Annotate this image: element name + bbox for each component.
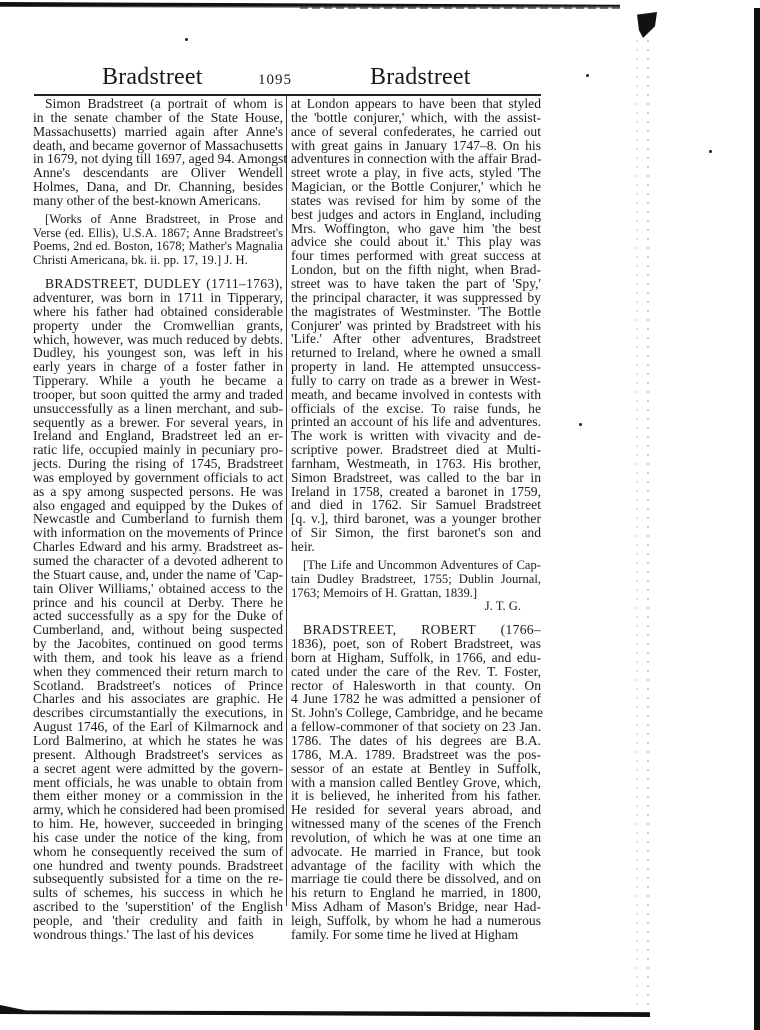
text-line: Poems, 2nd ed. Boston, 1678; Mather's Ma… [33,240,283,254]
text-line: the Stuart cause, and, under the name of… [33,568,283,582]
text-line: London, but on the fifth night, when Bra… [291,263,541,277]
text-line: people, and 'their credulity and faith i… [33,914,283,928]
text-line: street was to have taken the part of 'Sp… [291,277,541,291]
running-header: Bradstreet 1095 Bradstreet [34,64,541,94]
text-line: tain Dudley Bradstreet, 1755; Dublin Jou… [291,573,541,587]
biography-entry: BRADSTREET, ROBERT (1766–1836), poet, so… [291,623,541,941]
text-line: subsequently subsisted for a time on the… [33,872,283,886]
text-line: jects. During the rising of 1745, Bradst… [33,457,283,471]
text-line: which, however, was much reduced by debt… [33,333,283,347]
paragraph: at London appears to have been that styl… [291,97,541,554]
text-line: best judges and actors in England, inclu… [291,208,541,222]
text-line: Magician, or the Bottle Conjurer,' which… [291,180,541,194]
text-line: officials of the excise. To raise funds,… [291,402,541,416]
text-line: where his father had obtained considerab… [33,305,283,319]
text-line: Mrs. Woffington, who gave him 'the best [291,222,541,236]
text-line: ratic life, occupied mainly in pecuniary… [33,443,283,457]
text-line: as a spy among suspected persons. He was [33,485,283,499]
text-line: Miss Adham of Mason's Bridge, near Had- [291,900,541,914]
text-line: tain Oliver Williams,' obtained access t… [33,582,283,596]
text-line: the principal character, it was suppress… [291,291,541,305]
text-line: St. John's College, Cambridge, and he be… [291,706,541,720]
text-line: returned to Ireland, where he owned a sm… [291,346,541,360]
text-line: Christi Americana, bk. ii. pp. 17, 19.] … [33,254,283,268]
text-line: Cumberland, and, without being suspected [33,623,283,637]
text-line: and died in 1762. Sir Samuel Bradstreet [291,498,541,512]
text-line: present. Although Bradstreet's services … [33,748,283,762]
text-line: army, which he considered had been promi… [33,803,283,817]
entry-headword-line: BRADSTREET, ROBERT (1766– [291,623,541,637]
text-line: [q. v.], third baronet, was a younger br… [291,512,541,526]
text-line: wondrous things.' The last of his device… [33,928,283,942]
text-line: describes circumstantially the execution… [33,706,283,720]
text-line: in 1679, not dying till 1697, aged 94. A… [33,152,283,166]
text-line: [Works of Anne Bradstreet, in Prose and [33,213,283,227]
text-line: Conjurer' was printed by Bradstreet with… [291,319,541,333]
text-line: Charles Edward and his army. Bradstreet … [33,540,283,554]
text-line: also engaged and equipped by the Dukes o… [33,499,283,513]
paragraph: Simon Bradstreet (a portrait of whom isi… [33,97,283,208]
scan-gutter-noise [647,40,649,1020]
text-line: Scotland. Bradstreet's notices of Prince [33,679,283,693]
scan-edge-bottom [0,1005,650,1017]
text-line: The work is written with vivacity and de… [291,429,541,443]
source-citation: [Works of Anne Bradstreet, in Prose andV… [33,213,283,268]
text-line: it is believed, he inherited from his fa… [291,789,541,803]
text-line: property in land. He attempted unsuccess… [291,360,541,374]
text-line: of Sir Simon, the first baronet's son an… [291,526,541,540]
text-line: at London appears to have been that styl… [291,97,541,111]
text-line: Tipperary. While a youth he became a [33,374,283,388]
text-line: in the senate chamber of the State House… [33,111,283,125]
text-line: with great gains in January 1747–8. On h… [291,139,541,153]
text-line: a fellow-commoner of that society on 23 … [291,720,541,734]
text-line: street wrote a play, in five acts, style… [291,166,541,180]
left-column: Simon Bradstreet (a portrait of whom isi… [33,97,283,942]
page-number: 1095 [258,72,292,89]
text-line: Ireland in 1758, created a baronet in 17… [291,485,541,499]
text-line: August 1746, of the Earl of Kilmarnock a… [33,720,283,734]
text-line: advantage of the facility with which the [291,859,541,873]
text-line: He resided for several years abroad, and [291,803,541,817]
text-line: fully to carry on trade as a brewer in W… [291,374,541,388]
text-line: Massachusetts) married again after Anne'… [33,125,283,139]
scan-edge-right [754,8,760,1030]
text-line: sults of schemes, his success in which h… [33,886,283,900]
text-line: ascribed to the 'superstition' of the En… [33,900,283,914]
text-line: cated under the care of the Rev. T. Fost… [291,665,541,679]
text-line: 1786, M.A. 1789. Bradstreet was the pos- [291,748,541,762]
text-line: death, and became governor of Massachuse… [33,139,283,153]
entry-headword-line: BRADSTREET, DUDLEY (1711–1763), [33,277,283,291]
text-line: 1786. The dates of his degrees are B.A. [291,734,541,748]
text-line: Dudley, his youngest son, was left in hi… [33,346,283,360]
text-line: trooper, but soon quitted the army and t… [33,388,283,402]
text-line: with information on the movements of Pri… [33,526,283,540]
text-line: his return to England he married, in 180… [291,886,541,900]
text-line: property under the Cromwellian grants, [33,319,283,333]
running-header-left-headword: Bradstreet [102,64,203,91]
text-line: by the Jacobites, continued on good term… [33,637,283,651]
text-line: born at Higham, Suffolk, in 1766, and ed… [291,651,541,665]
text-line: a secret agent were admitted by the gove… [33,762,283,776]
text-line: them either money or a commission in the [33,789,283,803]
text-line: whom he consequently received the sum of [33,845,283,859]
text-line: sumed the character of a devoted adheren… [33,554,283,568]
text-line: advice she could about it.' This play wa… [291,235,541,249]
text-line: 1836), poet, son of Robert Bradstreet, w… [291,637,541,651]
text-line: many other of the best-known Americans. [33,194,283,208]
text-line: marriage tie could there be dissolved, a… [291,872,541,886]
scan-speck [586,74,589,77]
text-line: farnham, Westmeath, in 1763. His brother… [291,457,541,471]
text-line: revolution, of which he was at one time … [291,831,541,845]
text-line: scriptive power. Bradstreet died at Mult… [291,443,541,457]
text-line: adventurer, was born in 1711 in Tipperar… [33,291,283,305]
scan-speck [185,38,188,41]
text-line: Ireland and England, Bradstreet led an e… [33,429,283,443]
right-column: at London appears to have been that styl… [291,97,541,942]
text-line: Simon Bradstreet, was called to the bar … [291,471,541,485]
text-line: leigh, Suffolk, by whom he had a numerou… [291,914,541,928]
text-line: Charles and his associates are graphic. … [33,692,283,706]
text-line: was employed by government officials to … [33,471,283,485]
text-line: to him. He, however, succeeded in bringi… [33,817,283,831]
text-line: family. For some time he lived at Higham [291,928,541,942]
text-line: [The Life and Uncommon Adventures of Cap… [291,559,541,573]
biography-entry: BRADSTREET, DUDLEY (1711–1763),adventure… [33,277,283,942]
text-line: with a mansion called Bentley Grove, whi… [291,776,541,790]
text-line: acted successfully as a spy for the Duke… [33,609,283,623]
text-line: Anne's descendants are Oliver Wendell [33,166,283,180]
text-line: Lord Balmerino, at which he states he wa… [33,734,283,748]
text-line: states was revised for him by some of th… [291,194,541,208]
column-divider [286,96,287,906]
text-line: early years in charge of a foster father… [33,360,283,374]
text-line: prince and his council at Derby. There h… [33,596,283,610]
text-line: Verse (ed. Ellis), U.S.A. 1867; Anne Bra… [33,227,283,241]
text-line: with them, and took his leave as a frien… [33,651,283,665]
text-line: his case under the notice of the king, f… [33,831,283,845]
text-line: sessor of an estate at Bentley in Suffol… [291,762,541,776]
text-line: sequently as a brewer. For several years… [33,416,283,430]
text-line: 4 June 1782 he was admitted a pensioner … [291,692,541,706]
text-line: four times performed with great success … [291,249,541,263]
text-line: 1763; Memoirs of H. Grattan, 1839.] [291,587,541,601]
source-citation: [The Life and Uncommon Adventures of Cap… [291,559,541,614]
text-line: one hundred and twenty pounds. Bradstree… [33,859,283,873]
text-line: Simon Bradstreet (a portrait of whom is [33,97,283,111]
text-line: meath, and became involved in contests w… [291,388,541,402]
text-line: the 'bottle conjurer,' which, with the a… [291,111,541,125]
text-line: ance of several confederates, he carried… [291,125,541,139]
scan-gutter-noise [636,40,638,1020]
text-line: witnessed many of the scenes of the Fren… [291,817,541,831]
text-line: heir. [291,540,541,554]
text-line: Holmes, Dana, and Dr. Channing, besides [33,180,283,194]
text-line: ment officials, he was unable to obtain … [33,776,283,790]
scan-speck [709,150,712,153]
text-line: advocate. He married in France, but took [291,845,541,859]
text-line: unsuccessfully as a linen merchant, and … [33,402,283,416]
scan-speck [579,423,582,426]
text-line: when they commenced their return march t… [33,665,283,679]
running-header-right-headword: Bradstreet [370,64,471,91]
text-line: 'Life.' After other adventures, Bradstre… [291,332,541,346]
scan-page-corner [637,12,657,38]
contributor-signature: J. T. G. [291,600,541,614]
scan-edge-top-noise [300,6,620,9]
text-line: printed an account of his life and adven… [291,415,541,429]
text-line: Newcastle and Cumberland to furnish them [33,512,283,526]
text-line: rector of Halesworth in that county. On [291,679,541,693]
text-line: the magistrates of Westminster. 'The Bot… [291,305,541,319]
text-line: adventures in connection with the affair… [291,152,541,166]
